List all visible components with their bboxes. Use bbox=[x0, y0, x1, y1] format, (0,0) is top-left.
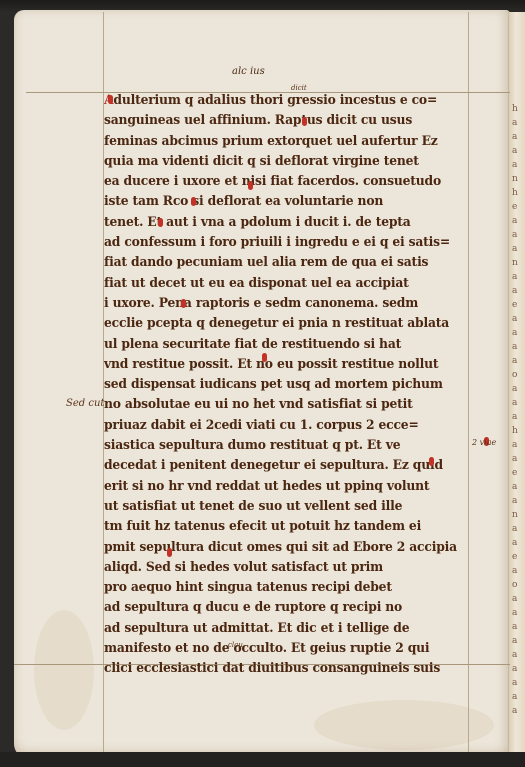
right-margin-note: 2 viae bbox=[472, 437, 496, 449]
text-line: Adulterium q adalius thori gressio inces… bbox=[104, 90, 480, 110]
text-line: pro aequo hint singua tatenus recipi deb… bbox=[104, 577, 480, 597]
text-line: ad confessum i foro priuili i ingredu e … bbox=[104, 232, 480, 252]
interlinear-gloss: dicit bbox=[291, 84, 307, 92]
text-line: ad sepultura ut admittat. Et dic et i te… bbox=[104, 618, 480, 638]
rubric-mark bbox=[181, 299, 186, 308]
text-line: vnd restitue possit. Et no eu possit res… bbox=[104, 354, 480, 374]
text-line: sanguineas uel affinium. Raptus dicit cu… bbox=[104, 110, 480, 130]
text-line: erit si no hr vnd reddat ut hedes ut ppi… bbox=[104, 476, 480, 496]
adjacent-page-text: h a a a a n h e a a a n a a e a a a a o … bbox=[512, 102, 524, 718]
binding-bottom-edge bbox=[0, 752, 525, 767]
text-line: quia ma videnti dicit q si deflorat virg… bbox=[104, 151, 480, 171]
left-margin-note: Sed cut bbox=[66, 398, 104, 410]
text-line: fiat dando pecuniam uel alia rem de qua … bbox=[104, 252, 480, 272]
parchment-stain bbox=[34, 610, 94, 730]
text-line: ad sepultura q ducu e de ruptore q recip… bbox=[104, 597, 480, 617]
text-line: i uxore. Pena raptoris e sedm canonema. … bbox=[104, 293, 480, 313]
text-line: iste tam Rco si deflorat ea voluntarie n… bbox=[104, 191, 480, 211]
text-line: siastica sepultura dumo restituat q pt. … bbox=[104, 435, 480, 455]
rubric-mark bbox=[108, 95, 113, 104]
text-line: priuaz dabit ei 2cedi viati cu 1. corpus… bbox=[104, 415, 480, 435]
text-line: feminas abcimus prium extorquet uel aufe… bbox=[104, 131, 480, 151]
text-line: manifesto et no de occulto. Et geius rup… bbox=[104, 638, 480, 658]
text-line: sed dispensat iudicans pet usq ad mortem… bbox=[104, 374, 480, 394]
text-line: decedat i penitent denegetur ei sepultur… bbox=[104, 455, 480, 475]
text-line: ecclie pcepta q denegetur ei pnia n rest… bbox=[104, 313, 480, 333]
manuscript-text-block: Adulterium q adalius thori gressio inces… bbox=[104, 90, 488, 679]
rubric-mark bbox=[191, 197, 196, 206]
adjacent-page-edge: h a a a a n h e a a a n a a e a a a a o … bbox=[508, 12, 525, 757]
text-line: aliqd. Sed si hedes volut satisfact ut p… bbox=[104, 557, 480, 577]
rubric-mark bbox=[248, 181, 253, 190]
text-line: clici ecclesiastici dat diuitibus consan… bbox=[104, 658, 480, 678]
text-line: ul plena securitate fiat de restituendo … bbox=[104, 334, 480, 354]
text-line: ut satisfiat ut tenet de suo ut vellent … bbox=[104, 496, 480, 516]
rubric-mark bbox=[302, 117, 307, 126]
rubric-mark bbox=[167, 548, 172, 557]
text-line: fiat ut decet ut eu ea disponat uel ea a… bbox=[104, 273, 480, 293]
rubric-mark bbox=[158, 218, 163, 227]
parchment-stain bbox=[314, 700, 494, 750]
heading-note: alc ius bbox=[232, 66, 265, 77]
text-line: ea ducere i uxore et nisi fiat facerdos.… bbox=[104, 171, 480, 191]
text-line: tm fuit hz tatenus efecit ut potuit hz t… bbox=[104, 516, 480, 536]
text-line: no absolutae eu ui no het vnd satisfiat … bbox=[104, 394, 480, 414]
rubric-mark bbox=[262, 353, 267, 362]
text-line: pmit sepultura dicut omes qui sit ad Ebo… bbox=[104, 537, 480, 557]
interlinear-gloss: clau bbox=[228, 641, 243, 649]
rubric-mark bbox=[429, 457, 434, 466]
